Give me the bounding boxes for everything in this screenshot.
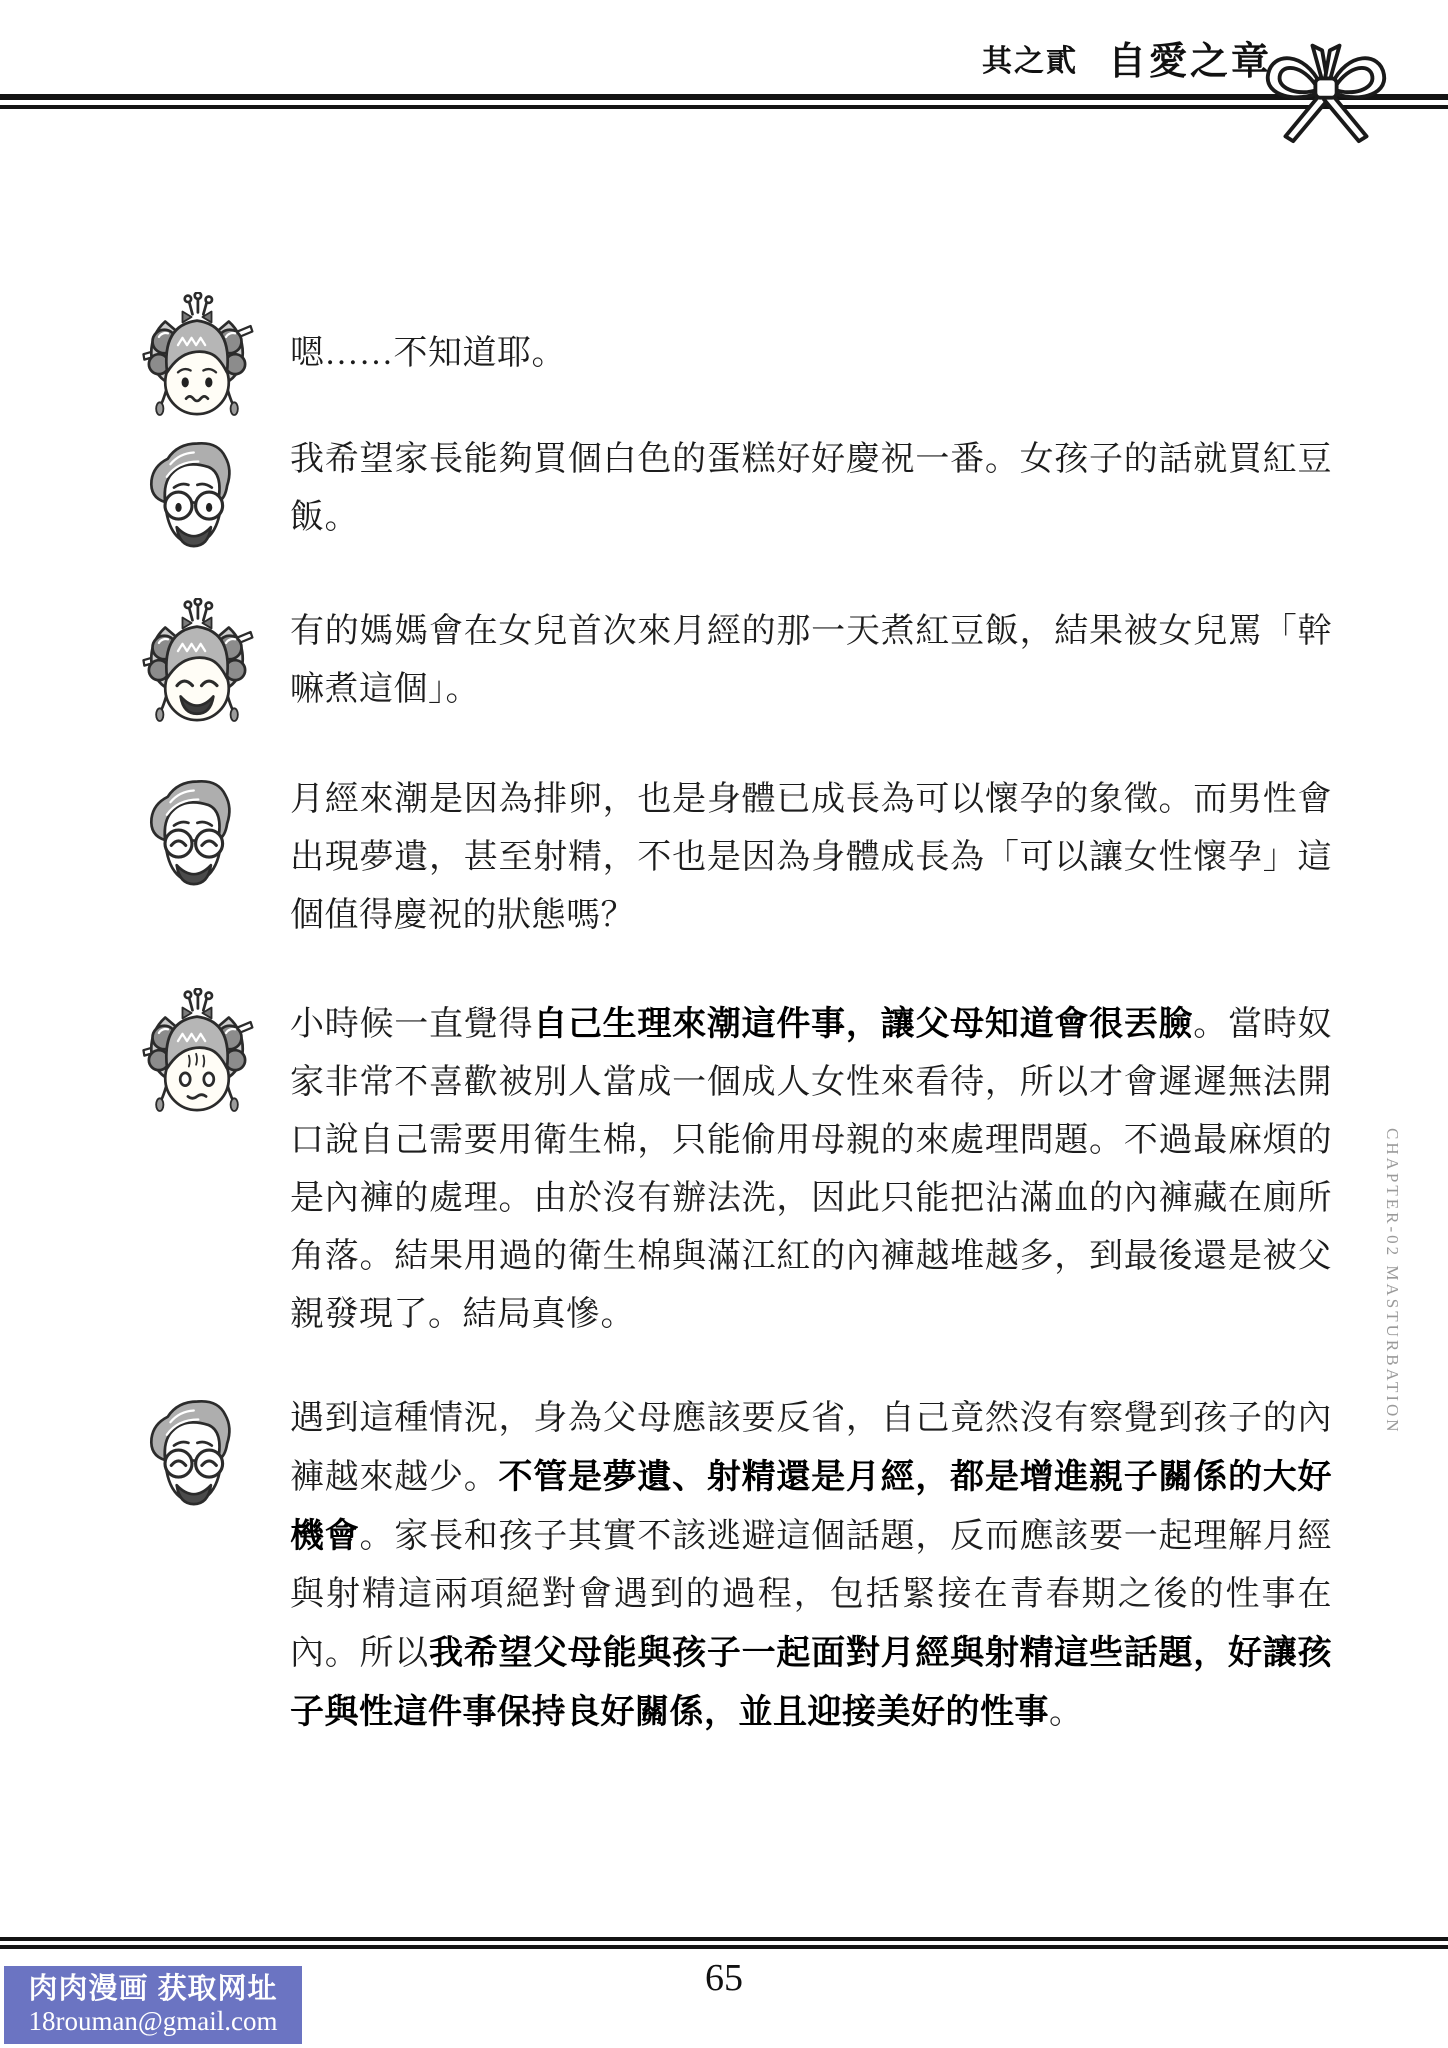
ribbon-bow-icon: [1258, 34, 1394, 151]
footer-double-rule: [0, 1937, 1448, 1949]
side-chapter-label: CHAPTER-02 MASTURBATION: [1382, 1128, 1402, 1428]
dialogue-text-segment: 小時候一直覺得: [290, 1006, 533, 1043]
doctor-avatar-icon: [138, 768, 246, 899]
dialogue-text-segment: 自己生理來潮這件事，讓父母知道會很丟臉: [533, 1005, 1193, 1043]
watermark-badge: 肉肉漫画 获取网址 18rouman@gmail.com: [4, 1966, 302, 2044]
dialogue-text-segment: 我希望家長能夠買個白色的蛋糕好好慶祝一番。女孩子的話就買紅豆飯。: [290, 441, 1332, 536]
dialogue-text-segment: 月經來潮是因為排卵，也是身體已成長為可以懷孕的象徵。而男性會出現夢遺，甚至射精，…: [290, 781, 1332, 934]
book-page: 其之貳 自愛之章: [0, 0, 1448, 2048]
chapter-number: 其之貳: [982, 36, 1078, 80]
doctor-avatar-icon: [138, 1388, 246, 1519]
dialogue-text: 有的媽媽會在女兒首次來月經的那一天煮紅豆飯，結果被女兒罵「幹嘛煮這個」。: [290, 603, 1332, 719]
dialogue-text-segment: 有的媽媽會在女兒首次來月經的那一天煮紅豆飯，結果被女兒罵「幹嘛煮這個」。: [290, 613, 1332, 708]
doctor-avatar-icon: [138, 430, 246, 561]
dialogue-text: 遇到這種情況，身為父母應該要反省，自己竟然沒有察覺到孩子的內褲越來越少。不管是夢…: [290, 1390, 1332, 1742]
oiran-avatar-icon: [138, 598, 256, 731]
dialogue-text: 小時候一直覺得自己生理來潮這件事，讓父母知道會很丟臉。當時奴家非常不喜歡被別人當…: [290, 995, 1332, 1344]
dialogue-text-segment: 我希望父母能與孩子一起面對月經與射精這些話題，好讓孩子與性這件事保持良好關係，並…: [290, 1634, 1332, 1731]
oiran-avatar-icon: [138, 292, 256, 425]
dialogue-text-segment: 。當時奴家非常不喜歡被別人當成一個成人女性來看待，所以才會遲遲無法開口說自己需要…: [290, 1006, 1332, 1333]
page-header: 其之貳 自愛之章: [982, 30, 1272, 85]
dialogue-text: 月經來潮是因為排卵，也是身體已成長為可以懷孕的象徵。而男性會出現夢遺，甚至射精，…: [290, 771, 1332, 945]
chapter-title: 自愛之章: [1108, 30, 1272, 85]
oiran-avatar-icon: [138, 988, 256, 1121]
header-double-rule: [0, 94, 1448, 109]
dialogue-text-segment: 嗯……不知道耶。: [290, 335, 566, 372]
dialogue-text: 嗯……不知道耶。: [290, 325, 1332, 383]
watermark-text: 肉肉漫画 获取网址: [28, 1973, 277, 2006]
dialogue-text-segment: 。: [1049, 1694, 1084, 1731]
watermark-email: 18rouman@gmail.com: [28, 2006, 277, 2037]
dialogue-text: 我希望家長能夠買個白色的蛋糕好好慶祝一番。女孩子的話就買紅豆飯。: [290, 431, 1332, 547]
